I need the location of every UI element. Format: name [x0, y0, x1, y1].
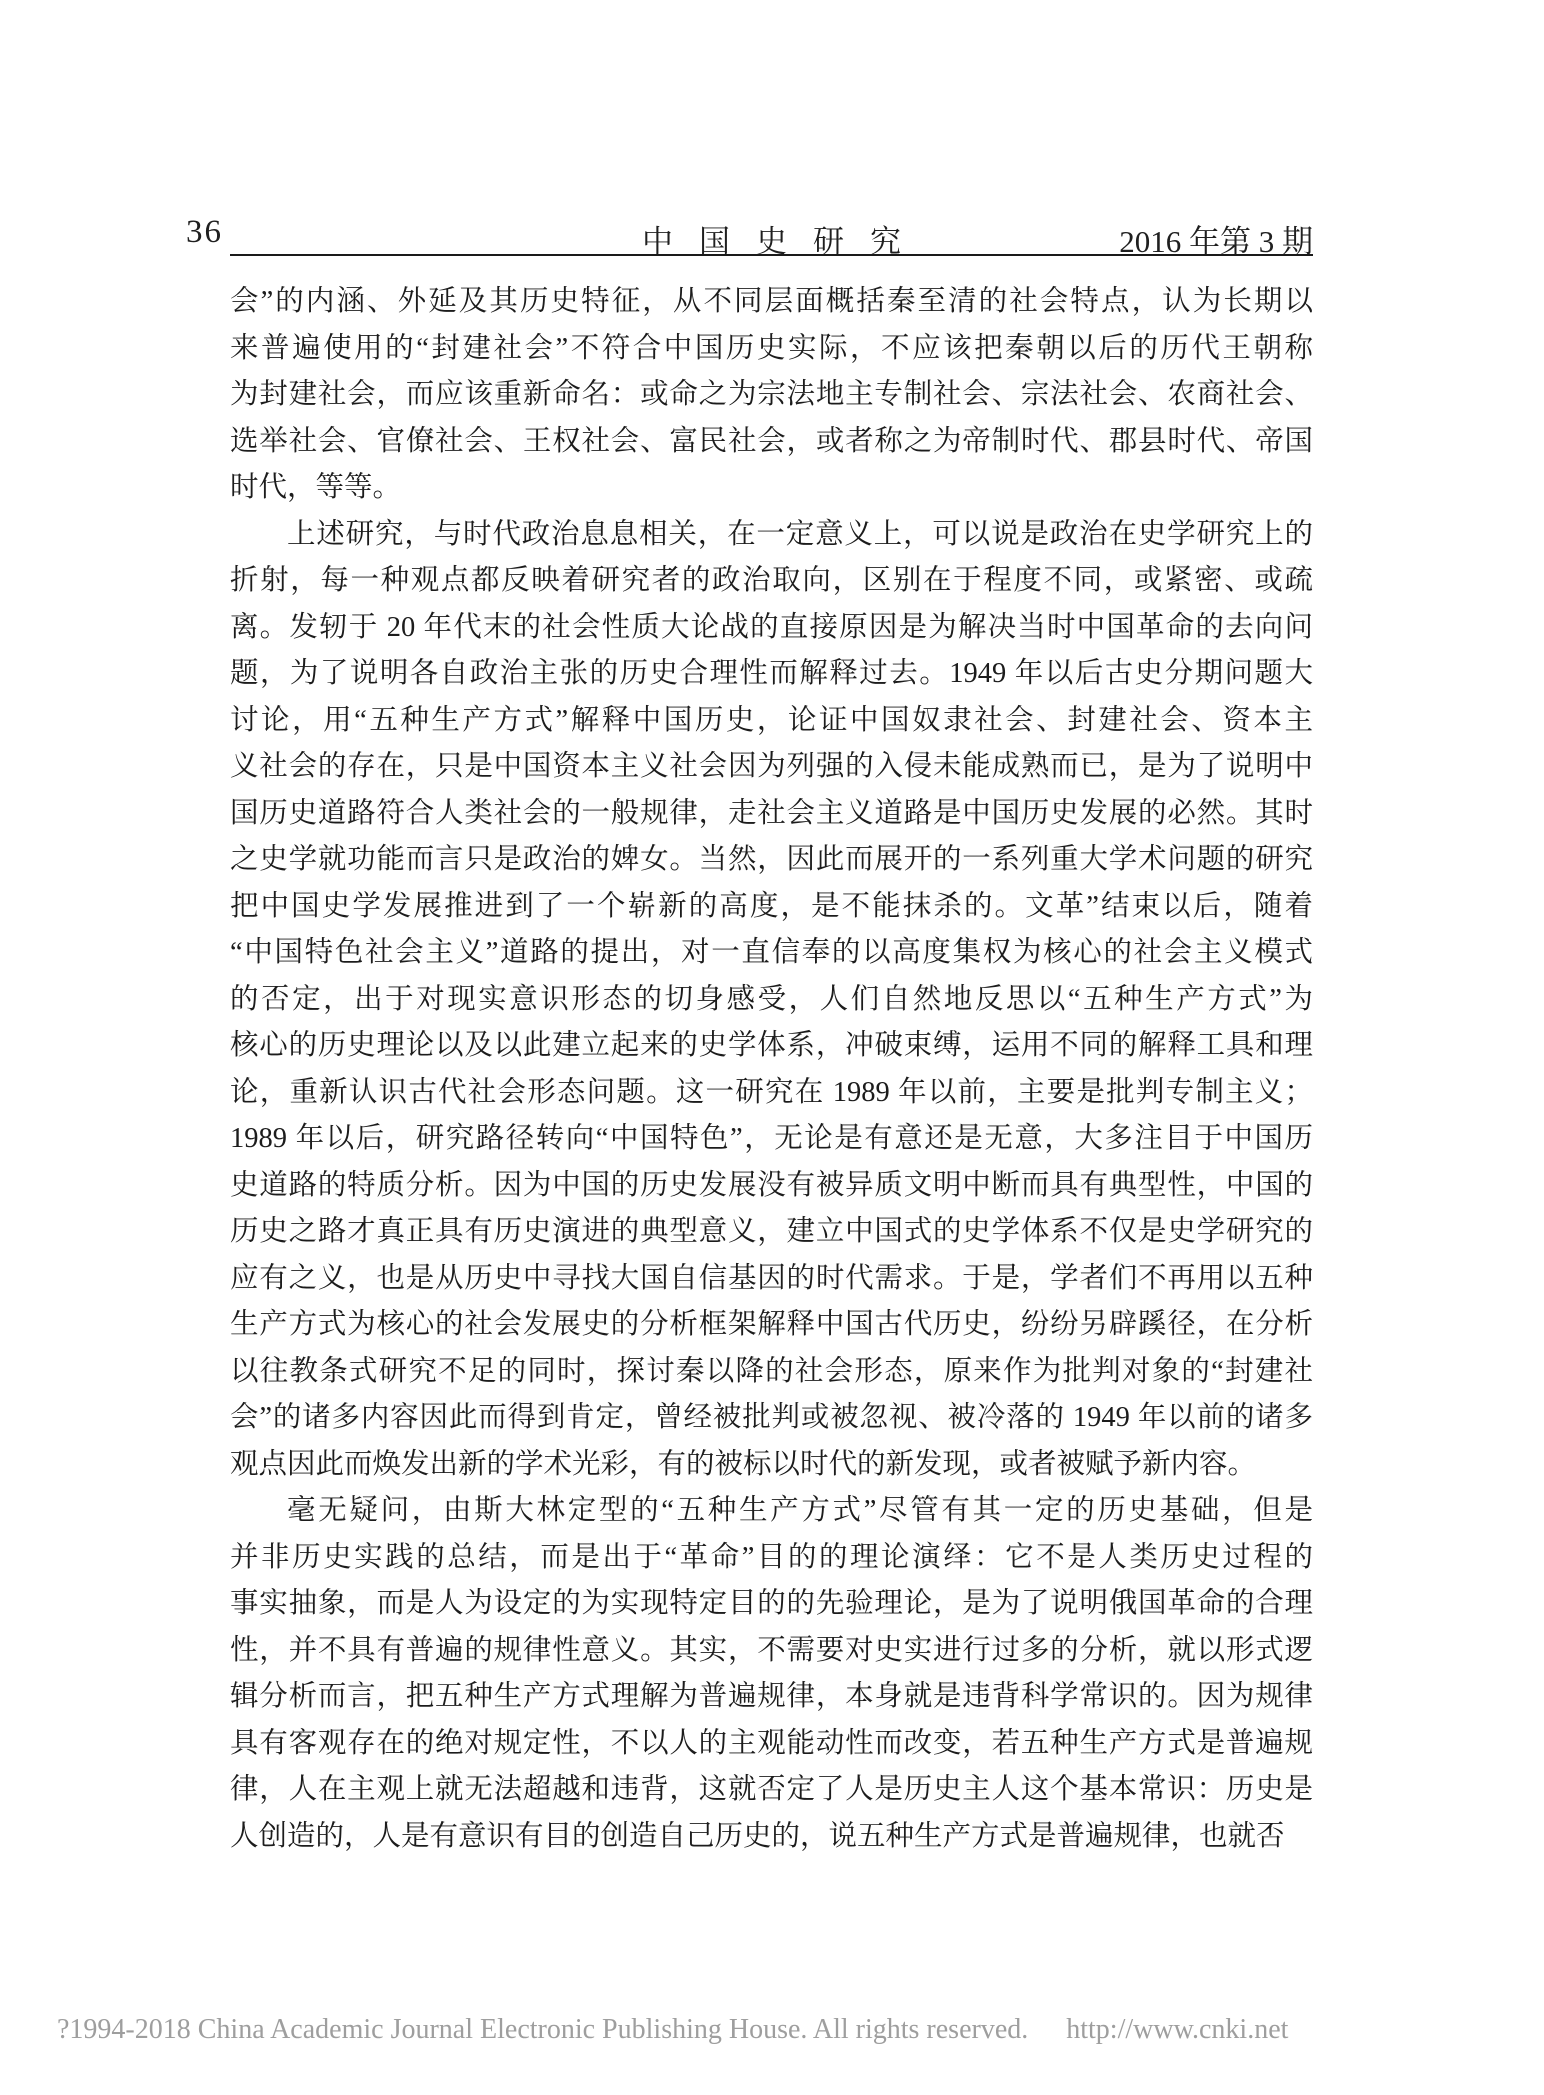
text-line: “中国特色社会主义”道路的提出，对一直信奉的以高度集权为核心的社会主义模式 — [230, 930, 1313, 977]
text-line: 毫无疑问，由斯大林定型的“五种生产方式”尽管有其一定的历史基础，但是 — [230, 1488, 1313, 1535]
text-line: 题，为了说明各自政治主张的历史合理性而解释过去。1949 年以后古史分期问题大 — [230, 651, 1313, 698]
text-line: 会”的诸多内容因此而得到肯定，曾经被批判或被忽视、被冷落的 1949 年以前的诸… — [230, 1395, 1313, 1442]
text-line: 为封建社会，而应该重新命名：或命之为宗法地主专制社会、宗法社会、农商社会、 — [230, 372, 1313, 419]
text-line: 应有之义，也是从历史中寻找大国自信基因的时代需求。于是，学者们不再用以五种 — [230, 1256, 1313, 1303]
text-line: 把中国史学发展推进到了一个崭新的高度，是不能抹杀的。文革”结束以后，随着 — [230, 884, 1313, 931]
footer-url: http://www.cnki.net — [1066, 2014, 1288, 2045]
text-line: 之史学就功能而言只是政治的婢女。当然，因此而展开的一系列重大学术问题的研究 — [230, 837, 1313, 884]
text-line: 论，重新认识古代社会形态问题。这一研究在 1989 年以前，主要是批判专制主义； — [230, 1070, 1313, 1117]
text-line: 义社会的存在，只是中国资本主义社会因为列强的入侵未能成熟而已，是为了说明中 — [230, 744, 1313, 791]
text-line: 事实抽象，而是人为设定的为实现特定目的的先验理论，是为了说明俄国革命的合理 — [230, 1581, 1313, 1628]
text-line: 上述研究，与时代政治息息相关，在一定意义上，可以说是政治在史学研究上的 — [230, 512, 1313, 559]
copyright-footer: ?1994-2018 China Academic Journal Electr… — [57, 2014, 1487, 2046]
copyright-text: ?1994-2018 China Academic Journal Electr… — [57, 2014, 1028, 2045]
text-line: 人创造的，人是有意识有目的创造自己历史的，说五种生产方式是普遍规律，也就否 — [230, 1814, 1313, 1861]
text-line: 并非历史实践的总结，而是出于“革命”目的的理论演绎：它不是人类历史过程的 — [230, 1535, 1313, 1582]
text-line: 核心的历史理论以及以此建立起来的史学体系，冲破束缚，运用不同的解释工具和理 — [230, 1023, 1313, 1070]
text-line: 时代，等等。 — [230, 465, 1313, 512]
text-line: 生产方式为核心的社会发展史的分析框架解释中国古代历史，纷纷另辟蹊径，在分析 — [230, 1302, 1313, 1349]
page-number: 36 — [186, 214, 223, 251]
text-line: 具有客观存在的绝对规定性，不以人的主观能动性而改变，若五种生产方式是普遍规 — [230, 1721, 1313, 1768]
text-line: 律，人在主观上就无法超越和违背，这就否定了人是历史主人这个基本常识：历史是 — [230, 1767, 1313, 1814]
text-line: 会”的内涵、外延及其历史特征，从不同层面概括秦至清的社会特点，认为长期以 — [230, 279, 1313, 326]
text-line: 离。发轫于 20 年代末的社会性质大论战的直接原因是为解决当时中国革命的去向问 — [230, 605, 1313, 652]
text-line: 的否定，出于对现实意识形态的切身感受，人们自然地反思以“五种生产方式”为 — [230, 977, 1313, 1024]
document-page: 36 中国史研究 2016 年第 3 期 会”的内涵、外延及其历史特征，从不同层… — [0, 0, 1544, 2095]
text-line: 观点因此而焕发出新的学术光彩，有的被标以时代的新发现，或者被赋予新内容。 — [230, 1442, 1313, 1489]
text-line: 史道路的特质分析。因为中国的历史发展没有被异质文明中断而具有典型性，中国的 — [230, 1163, 1313, 1210]
text-line: 历史之路才真正具有历史演进的典型意义，建立中国式的史学体系不仅是史学研究的 — [230, 1209, 1313, 1256]
text-line: 折射，每一种观点都反映着研究者的政治取向，区别在于程度不同，或紧密、或疏 — [230, 558, 1313, 605]
text-line: 性，并不具有普遍的规律性意义。其实，不需要对史实进行过多的分析，就以形式逻 — [230, 1628, 1313, 1675]
text-line: 辑分析而言，把五种生产方式理解为普遍规律，本身就是违背科学常识的。因为规律 — [230, 1674, 1313, 1721]
text-line: 1989 年以后，研究路径转向“中国特色”，无论是有意还是无意，大多注目于中国历 — [230, 1116, 1313, 1163]
text-line: 讨论，用“五种生产方式”解释中国历史，论证中国奴隶社会、封建社会、资本主 — [230, 698, 1313, 745]
text-line: 选举社会、官僚社会、王权社会、富民社会，或者称之为帝制时代、郡县时代、帝国 — [230, 419, 1313, 466]
text-line: 以往教条式研究不足的同时，探讨秦以降的社会形态，原来作为批判对象的“封建社 — [230, 1349, 1313, 1396]
running-head: 36 中国史研究 2016 年第 3 期 — [230, 214, 1313, 252]
text-line: 国历史道路符合人类社会的一般规律，走社会主义道路是中国历史发展的必然。其时 — [230, 791, 1313, 838]
text-line: 来普遍使用的“封建社会”不符合中国历史实际，不应该把秦朝以后的历代王朝称 — [230, 326, 1313, 373]
article-body: 会”的内涵、外延及其历史特征，从不同层面概括秦至清的社会特点，认为长期以来普遍使… — [230, 279, 1313, 1860]
header-rule — [230, 254, 1313, 256]
